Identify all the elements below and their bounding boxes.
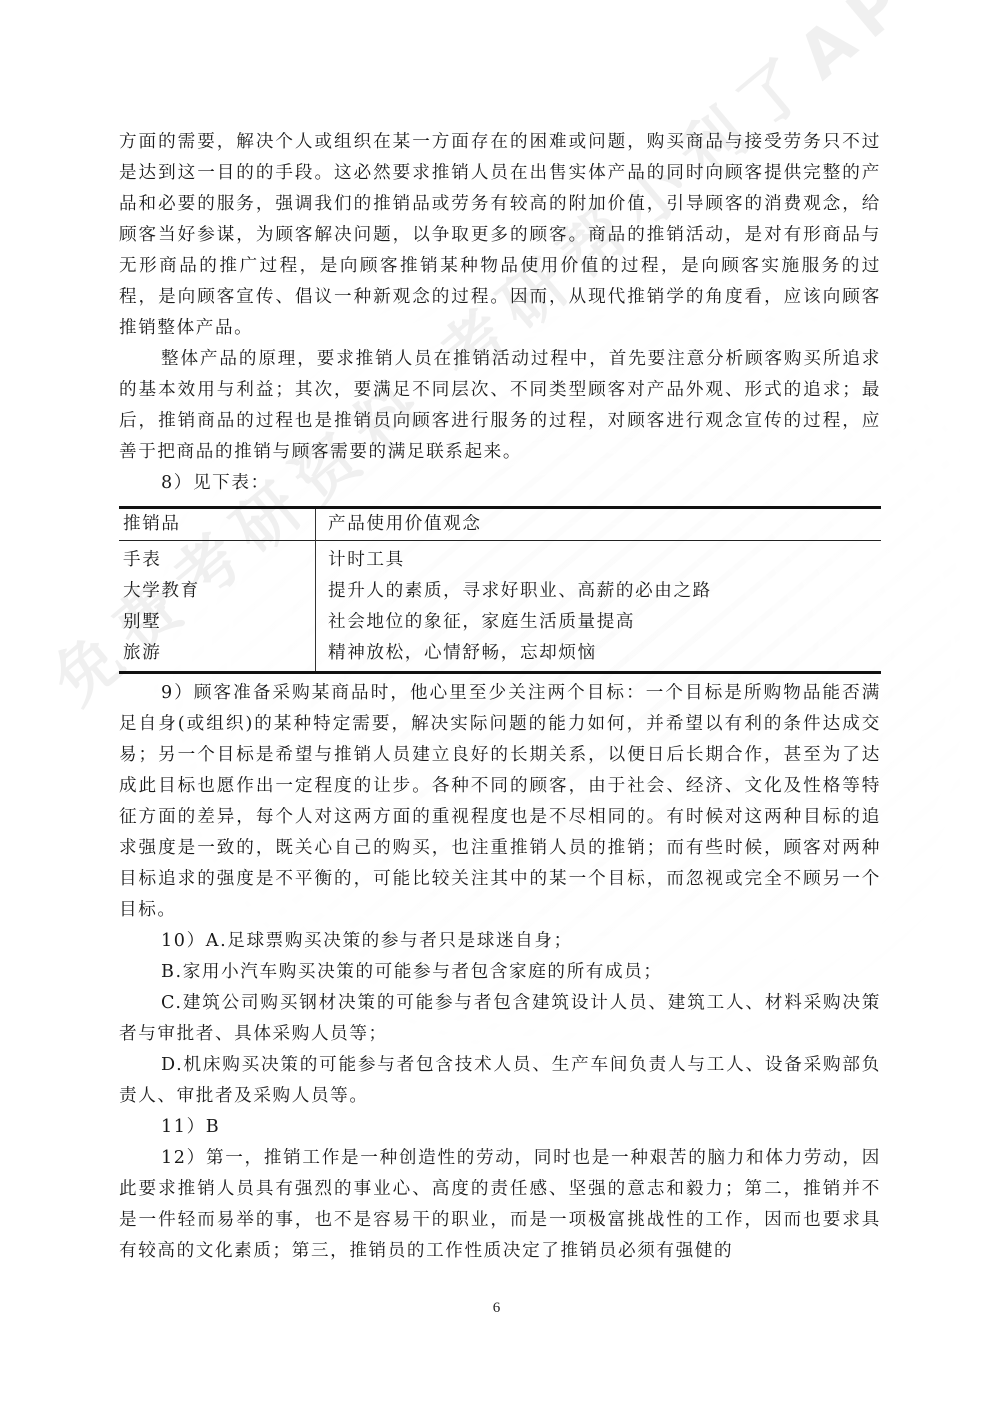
answer-10-b: B.家用小汽车购买决策的可能参与者包含家庭的所有成员；: [119, 957, 881, 988]
table-cell-value: 精神放松，心情舒畅，忘却烦恼: [316, 638, 882, 673]
product-value-table: 推销品 产品使用价值观念 手表 计时工具 大学教育 提升人的素质，寻求好职业、高…: [119, 506, 881, 674]
paragraph-whole-product: 整体产品的原理，要求推销人员在推销活动过程中，首先要注意分析顾客购买所追求的基本…: [119, 344, 881, 468]
table-cell-product: 大学教育: [119, 576, 316, 607]
answer-10-a: 10）A.足球票购买决策的参与者只是球迷自身；: [119, 926, 881, 957]
table-header-product: 推销品: [119, 508, 316, 541]
answer-10-c: C.建筑公司购买钢材决策的可能参与者包含建筑设计人员、建筑工人、材料采购决策者与…: [119, 988, 881, 1050]
table-row: 别墅 社会地位的象征，家庭生活质量提高: [119, 607, 881, 638]
document-page: 免费考研资料 考研帮小利了APP 方面的需要，解决个人或组织在某一方面存在的困难…: [0, 0, 993, 1404]
table-row: 大学教育 提升人的素质，寻求好职业、高薪的必由之路: [119, 576, 881, 607]
table-cell-value: 社会地位的象征，家庭生活质量提高: [316, 607, 882, 638]
page-content: 方面的需要，解决个人或组织在某一方面存在的困难或问题，购买商品与接受劳务只不过是…: [119, 127, 881, 1267]
table-row: 旅游 精神放松，心情舒畅，忘却烦恼: [119, 638, 881, 673]
table-cell-value: 提升人的素质，寻求好职业、高薪的必由之路: [316, 576, 882, 607]
table-header-value-concept: 产品使用价值观念: [316, 508, 882, 541]
product-value-table-wrap: 推销品 产品使用价值观念 手表 计时工具 大学教育 提升人的素质，寻求好职业、高…: [119, 506, 881, 674]
answer-8-intro: 8）见下表：: [119, 468, 881, 499]
table-cell-value: 计时工具: [316, 541, 882, 577]
answer-11: 11）B: [119, 1112, 881, 1143]
table-row: 手表 计时工具: [119, 541, 881, 577]
paragraph-continued: 方面的需要，解决个人或组织在某一方面存在的困难或问题，购买商品与接受劳务只不过是…: [119, 127, 881, 344]
table-header-row: 推销品 产品使用价值观念: [119, 508, 881, 541]
answer-12: 12）第一，推销工作是一种创造性的劳动，同时也是一种艰苦的脑力和体力劳动，因此要…: [119, 1143, 881, 1267]
answer-10-d: D.机床购买决策的可能参与者包含技术人员、生产车间负责人与工人、设备采购部负责人…: [119, 1050, 881, 1112]
table-cell-product: 旅游: [119, 638, 316, 673]
answer-9: 9）顾客准备采购某商品时，他心里至少关注两个目标：一个目标是所购物品能否满足自身…: [119, 678, 881, 926]
table-cell-product: 手表: [119, 541, 316, 577]
table-cell-product: 别墅: [119, 607, 316, 638]
page-number: 6: [0, 1300, 993, 1317]
